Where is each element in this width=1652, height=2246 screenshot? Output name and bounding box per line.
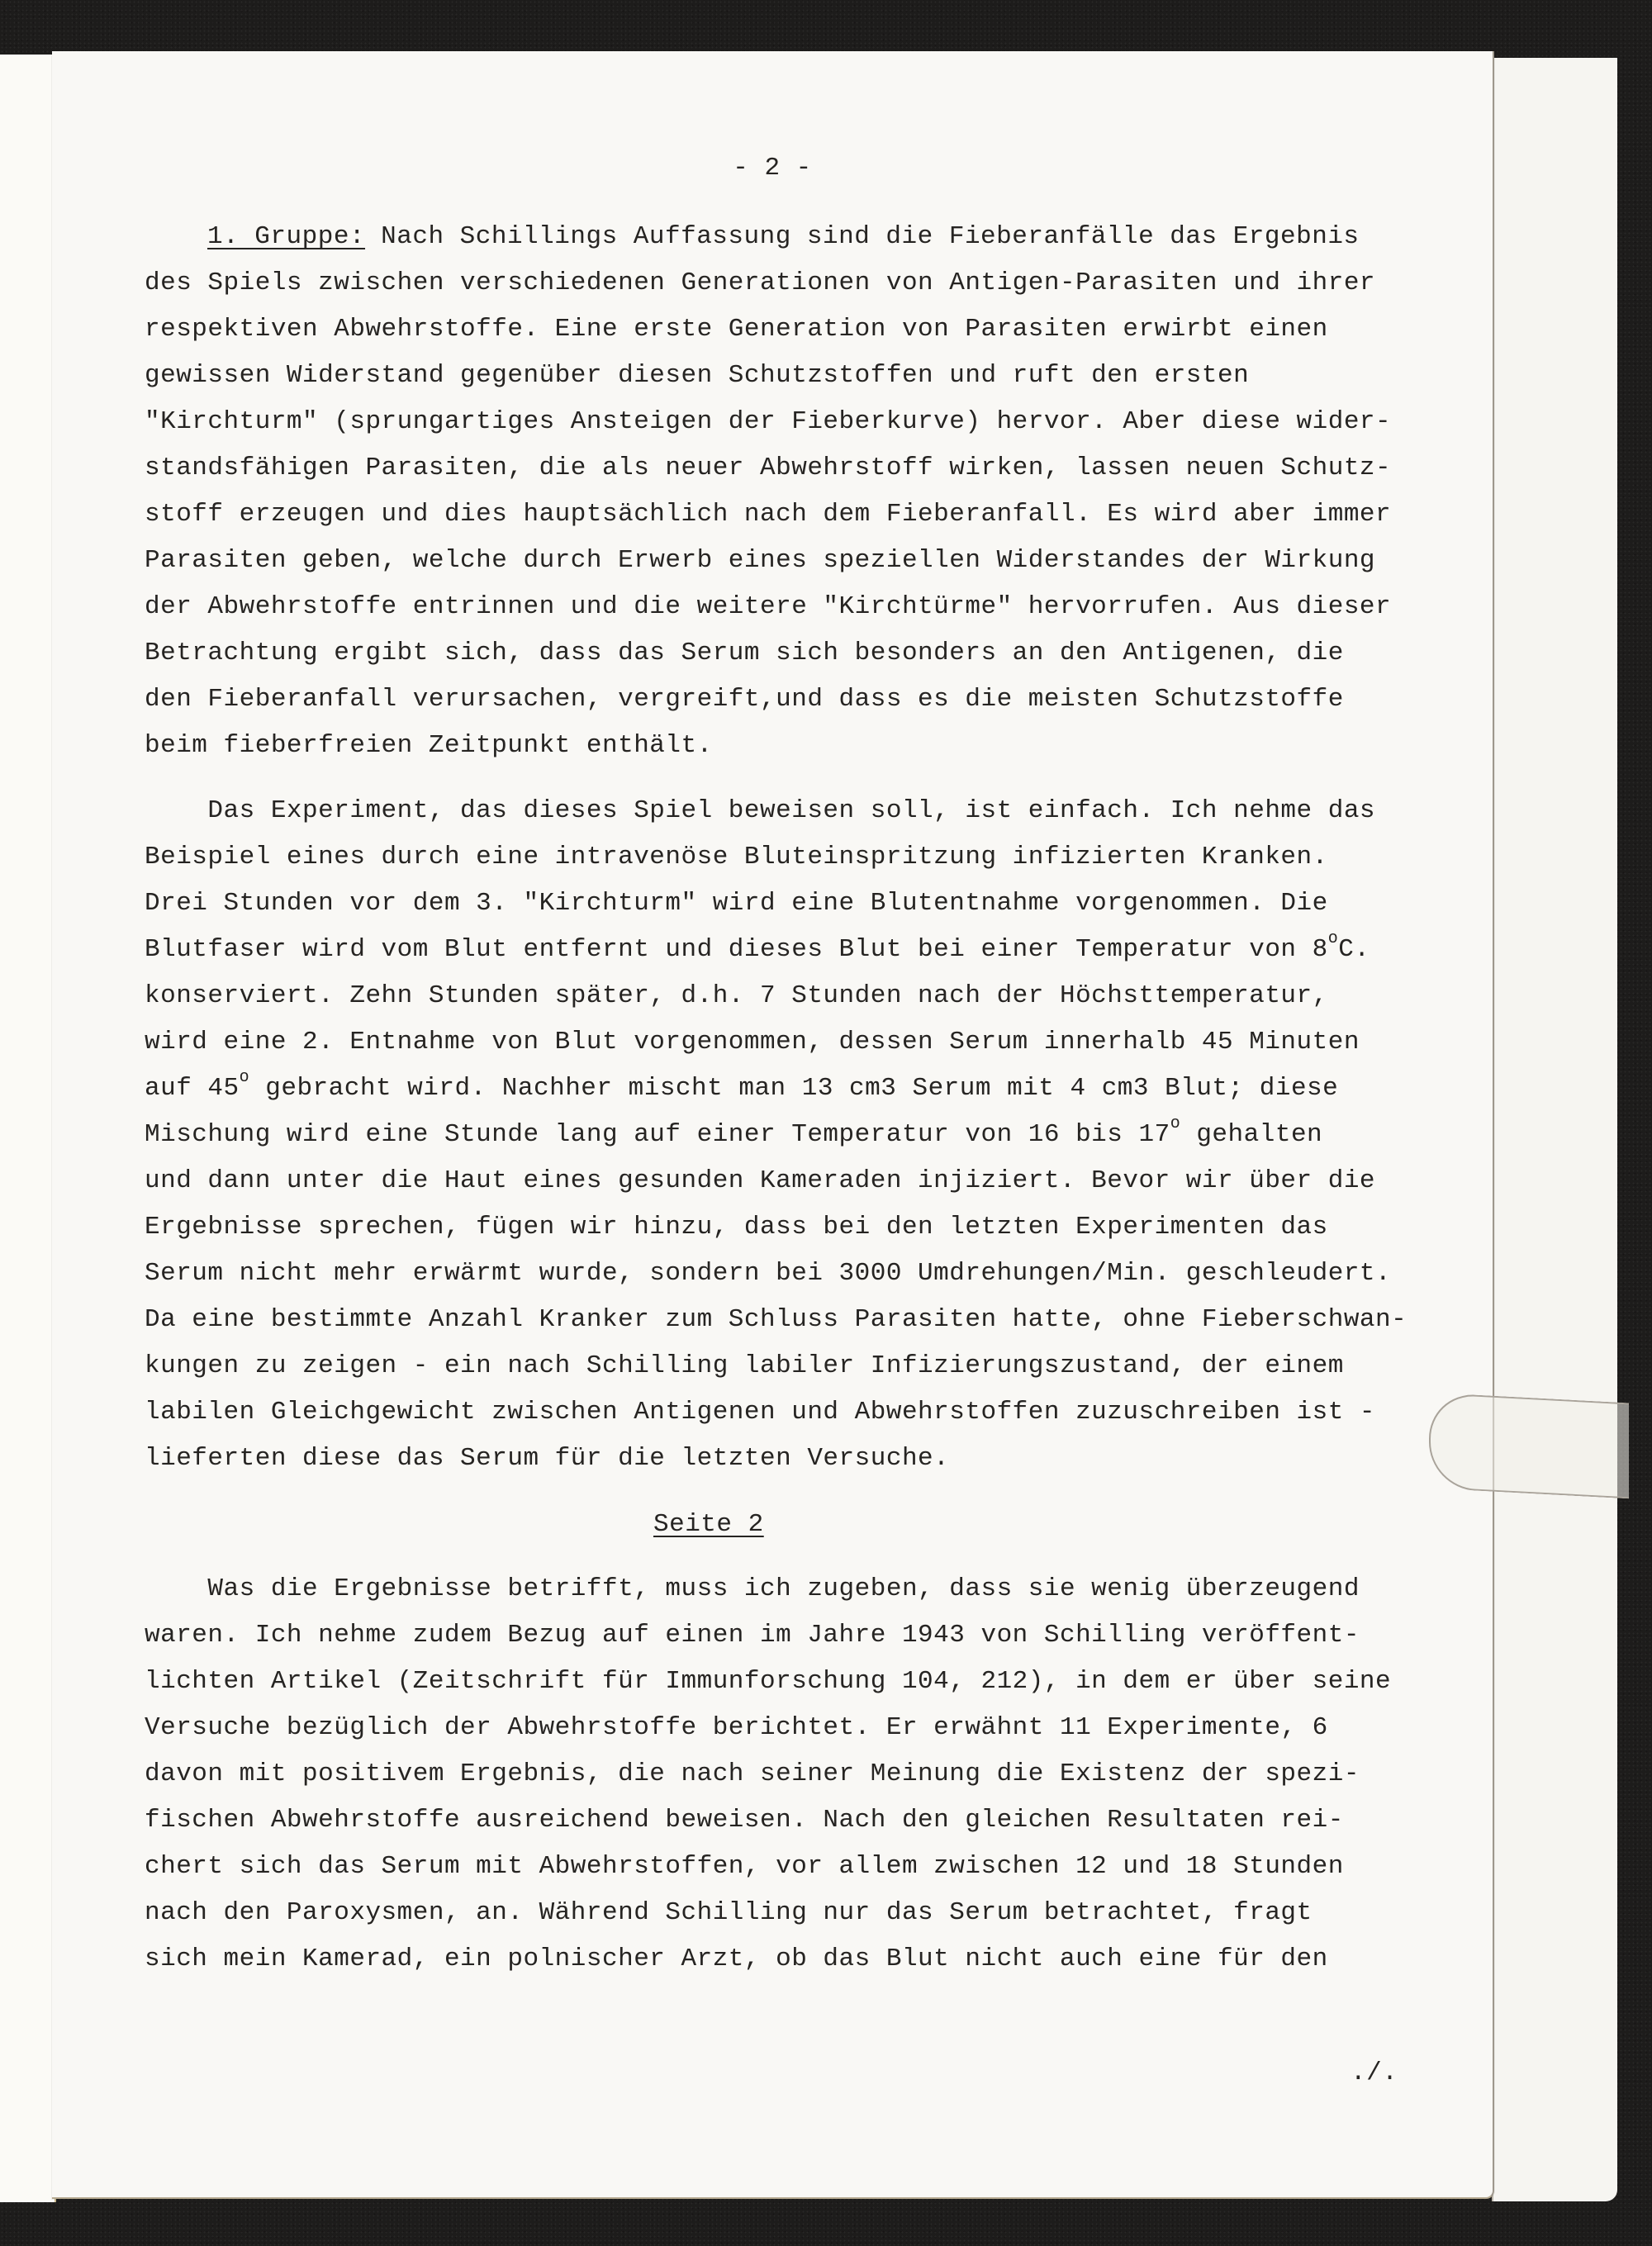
paragraph-3-line: fischen Abwehrstoffe ausreichend beweise… — [145, 1804, 1344, 1837]
paragraph-2-line: konserviert. Zehn Stunden später, d.h. 7… — [145, 980, 1328, 1013]
paragraph-1-line: "Kirchturm" (sprungartiges Ansteigen der… — [145, 406, 1391, 439]
paragraph-2-line: Serum nicht mehr erwärmt wurde, sondern … — [145, 1257, 1391, 1290]
underlying-sheet-left — [0, 55, 56, 2202]
paragraph-2-line: Drei Stunden vor dem 3. "Kirchturm" wird… — [145, 887, 1328, 920]
paragraph-2-line: auf 45o gebracht wird. Nachher mischt ma… — [145, 1072, 1338, 1105]
group-label: 1. Gruppe: — [207, 222, 365, 251]
paragraph-2-line: labilen Gleichgewicht zwischen Antigenen… — [145, 1396, 1375, 1429]
paragraph-3-line: Was die Ergebnisse betrifft, muss ich zu… — [145, 1573, 1360, 1606]
degree-mark: o — [240, 1068, 250, 1087]
paragraph-3-line: waren. Ich nehme zudem Bezug auf einen i… — [145, 1619, 1360, 1652]
paragraph-1-line: Parasiten geben, welche durch Erwerb ein… — [145, 544, 1375, 577]
paragraph-2-line: Ergebnisse sprechen, fügen wir hinzu, da… — [145, 1211, 1328, 1244]
paper-clip — [1429, 1393, 1629, 1499]
paragraph-3-line: Versuche bezüglich der Abwehrstoffe beri… — [145, 1712, 1328, 1745]
paragraph-1-line: stoff erzeugen und dies hauptsächlich na… — [145, 498, 1391, 531]
underlying-sheet-right — [1492, 58, 1617, 2201]
paragraph-2-line: Da eine bestimmte Anzahl Kranker zum Sch… — [145, 1303, 1407, 1337]
paragraph-2-line: wird eine 2. Entnahme von Blut vorgenomm… — [145, 1026, 1360, 1059]
degree-mark: o — [1170, 1114, 1181, 1133]
paragraph-3-line: nach den Paroxysmen, an. Während Schilli… — [145, 1897, 1313, 1930]
continuation-mark: ./. — [1351, 2057, 1398, 2090]
paragraph-2-line: Blutfaser wird vom Blut entfernt und die… — [145, 933, 1370, 966]
paragraph-1-line: respektiven Abwehrstoffe. Eine erste Gen… — [145, 313, 1328, 346]
paragraph-3-line: chert sich das Serum mit Abwehrstoffen, … — [145, 1850, 1344, 1883]
degree-mark: o — [1328, 929, 1339, 948]
paragraph-2-line: Mischung wird eine Stunde lang auf einer… — [145, 1118, 1322, 1151]
paragraph-1-line: beim fieberfreien Zeitpunkt enthält. — [145, 729, 713, 762]
document-page: - 2 - 1. Gruppe: Nach Schillings Auffass… — [52, 51, 1494, 2199]
paragraph-3-line: davon mit positivem Ergebnis, die nach s… — [145, 1758, 1360, 1791]
paragraph-1-line-1: 1. Gruppe: Nach Schillings Auffassung si… — [207, 221, 1360, 254]
subheading: Seite 2 — [653, 1508, 764, 1541]
paragraph-2-line: kungen zu zeigen - ein nach Schilling la… — [145, 1350, 1344, 1383]
paragraph-3-line: lichten Artikel (Zeitschrift für Immunfo… — [145, 1665, 1391, 1698]
paragraph-2-line: lieferten diese das Serum für die letzte… — [145, 1442, 949, 1475]
paragraph-1-line: standsfähigen Parasiten, die als neuer A… — [145, 452, 1391, 485]
paragraph-1-line: gewissen Widerstand gegenüber diesen Sch… — [145, 359, 1249, 392]
paragraph-2-line: und dann unter die Haut eines gesunden K… — [145, 1165, 1375, 1198]
paragraph-1-line: den Fieberanfall verursachen, vergreift,… — [145, 683, 1344, 716]
paragraph-2-line: Beispiel eines durch eine intravenöse Bl… — [145, 841, 1328, 874]
paragraph-1-line: des Spiels zwischen verschiedenen Genera… — [145, 267, 1375, 300]
paragraph-3-line: sich mein Kamerad, ein polnischer Arzt, … — [145, 1943, 1328, 1976]
paragraph-1-line: Betrachtung ergibt sich, dass das Serum … — [145, 637, 1344, 670]
paragraph-2-line: Das Experiment, das dieses Spiel beweise… — [145, 795, 1375, 828]
paragraph-1-line: der Abwehrstoffe entrinnen und die weite… — [145, 591, 1391, 624]
page-number: - 2 - — [52, 152, 1493, 185]
